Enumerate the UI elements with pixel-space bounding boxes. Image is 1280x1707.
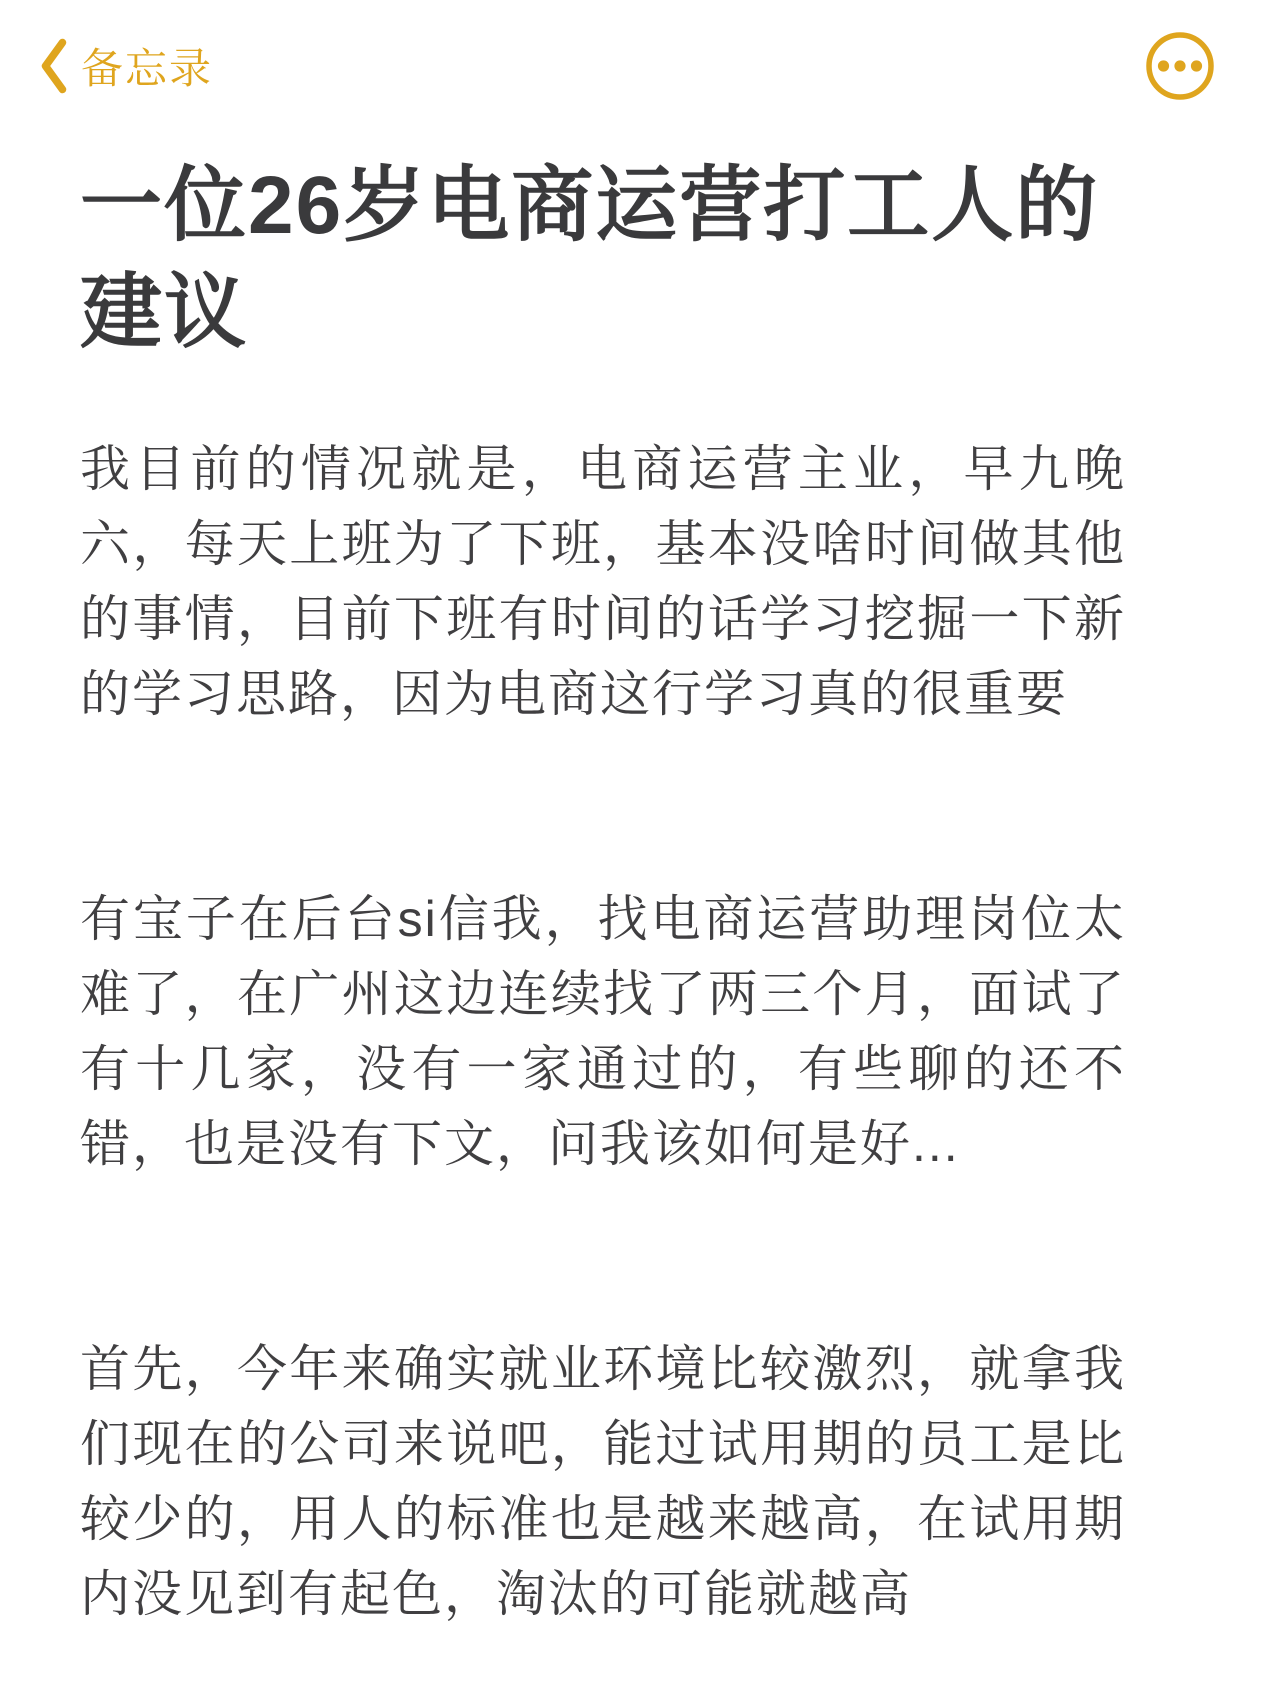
back-button[interactable]: 备忘录 (40, 36, 213, 96)
more-options-button[interactable] (1144, 30, 1216, 102)
chevron-left-icon (40, 37, 67, 95)
ellipsis-circle-icon (1144, 90, 1216, 105)
note-title[interactable]: 一位26岁电商运营打工人的建议 (80, 152, 1128, 366)
notes-app-page: 备忘录 一位26岁电商运营打工人的建议 我目前的情况就是，电商运营主业，早九晚六… (0, 0, 1280, 1707)
back-button-label: 备忘录 (81, 36, 213, 96)
note-paragraph-1[interactable]: 我目前的情况就是，电商运营主业，早九晚六，每天上班为了下班，基本没啥时间做其他的… (80, 432, 1126, 732)
note-content: 一位26岁电商运营打工人的建议 我目前的情况就是，电商运营主业，早九晚六，每天上… (0, 152, 1280, 1632)
note-paragraph-3[interactable]: 首先，今年来确实就业环境比较激烈，就拿我们现在的公司来说吧，能过试用期的员工是比… (80, 1332, 1126, 1632)
note-paragraph-2[interactable]: 有宝子在后台si信我，找电商运营助理岗位太难了，在广州这边连续找了两三个月，面试… (80, 882, 1126, 1182)
navbar: 备忘录 (0, 0, 1280, 102)
